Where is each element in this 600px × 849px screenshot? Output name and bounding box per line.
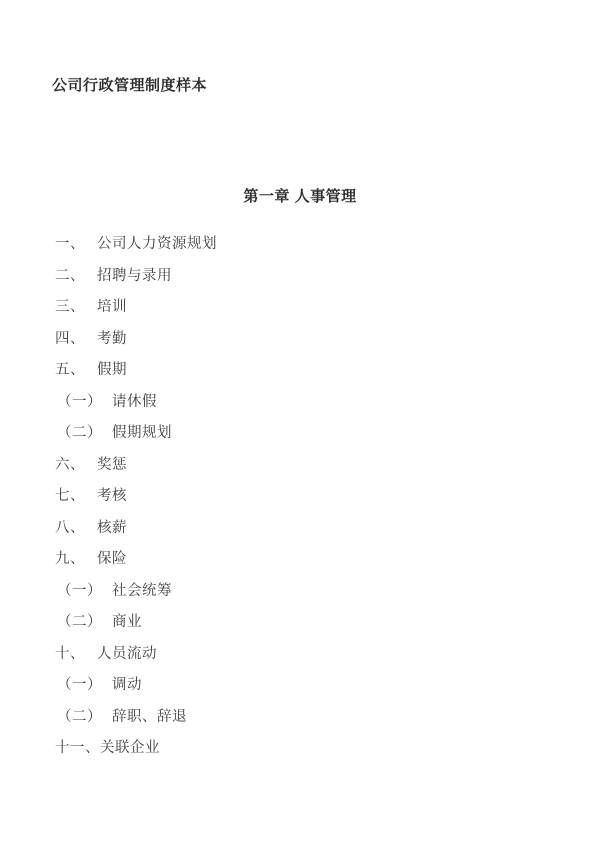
toc-item-label: 商业 — [112, 610, 142, 631]
toc-item: 三、 培训 — [0, 290, 600, 322]
toc-item-label: 公司人力资源规划 — [97, 232, 217, 253]
toc-item-marker: （一） — [57, 673, 112, 694]
toc-item-label: 培训 — [97, 295, 127, 316]
toc-item-marker: （二） — [57, 421, 112, 442]
toc-item: （一） 调动 — [0, 668, 600, 700]
toc-item: 十一、 关联企业 — [0, 731, 600, 763]
toc-item-marker: 六、 — [55, 453, 97, 474]
toc-item-label: 辞职、辞退 — [112, 705, 187, 726]
toc-item-marker: 五、 — [55, 358, 97, 379]
toc-item-label: 人员流动 — [97, 642, 157, 663]
toc-item-marker: 七、 — [55, 484, 97, 505]
toc-item-label: 招聘与录用 — [97, 264, 172, 285]
toc-item: 五、 假期 — [0, 353, 600, 385]
toc-item-label: 考核 — [97, 484, 127, 505]
chapter-heading: 第一章 人事管理 — [0, 185, 600, 206]
toc-item: 九、 保险 — [0, 542, 600, 574]
toc-item: （二） 辞职、辞退 — [0, 700, 600, 732]
toc-item-marker: 八、 — [55, 516, 97, 537]
toc-item: 二、 招聘与录用 — [0, 259, 600, 291]
toc-item-marker: 二、 — [55, 264, 97, 285]
document-title: 公司行政管理制度样本 — [52, 74, 207, 95]
toc-item-label: 社会统筹 — [112, 579, 172, 600]
toc-item-marker: 四、 — [55, 327, 97, 348]
toc-item-label: 请休假 — [112, 390, 157, 411]
toc-item-label: 调动 — [112, 673, 142, 694]
toc-item: （二） 假期规划 — [0, 416, 600, 448]
toc-item-label: 核薪 — [97, 516, 127, 537]
toc-item-marker: 一、 — [55, 232, 97, 253]
toc-item: 四、 考勤 — [0, 322, 600, 354]
toc-item-label: 关联企业 — [100, 736, 160, 757]
toc-item-marker: 十一、 — [55, 736, 100, 757]
toc-item: 六、 奖惩 — [0, 448, 600, 480]
toc-item: （二） 商业 — [0, 605, 600, 637]
toc-item-label: 奖惩 — [97, 453, 127, 474]
toc-item-label: 保险 — [97, 547, 127, 568]
toc-item-marker: 十、 — [55, 642, 97, 663]
toc-item: （一） 社会统筹 — [0, 574, 600, 606]
toc-item-marker: 九、 — [55, 547, 97, 568]
toc-item: 七、 考核 — [0, 479, 600, 511]
toc-item: （一） 请休假 — [0, 385, 600, 417]
toc-item-marker: （一） — [57, 390, 112, 411]
toc-item: 八、 核薪 — [0, 511, 600, 543]
toc-item-label: 假期 — [97, 358, 127, 379]
toc-item-marker: （二） — [57, 610, 112, 631]
toc-item-label: 假期规划 — [112, 421, 172, 442]
toc-item: 十、 人员流动 — [0, 637, 600, 669]
toc-item-marker: （二） — [57, 705, 112, 726]
toc-item-marker: 三、 — [55, 295, 97, 316]
table-of-contents: 一、 公司人力资源规划 二、 招聘与录用 三、 培训 四、 考勤 五、 假期 （… — [0, 227, 600, 763]
document-page: 公司行政管理制度样本 第一章 人事管理 一、 公司人力资源规划 二、 招聘与录用… — [0, 0, 600, 849]
toc-item-marker: （一） — [57, 579, 112, 600]
toc-item: 一、 公司人力资源规划 — [0, 227, 600, 259]
toc-item-label: 考勤 — [97, 327, 127, 348]
